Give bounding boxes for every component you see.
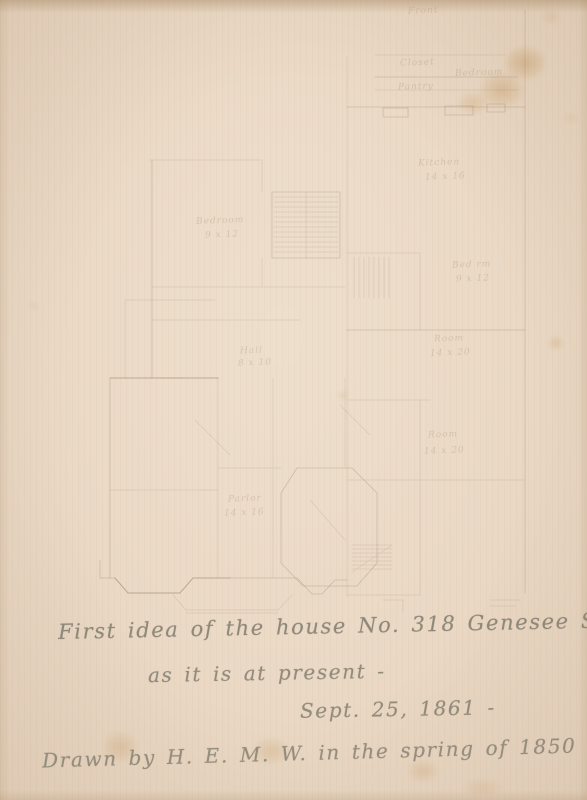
inscription-date: Sept. 25, 1861 - (300, 695, 496, 722)
plan-room-dimensions: 14 x 16 (425, 171, 466, 182)
plan-room-dimensions: 8 x 10 (238, 357, 272, 368)
plan-room-label: Hall (240, 346, 263, 357)
plan-room-label: Bedroom (196, 215, 245, 227)
plan-room-label: Room (434, 333, 464, 344)
scanned-drawing-sheet: Front Closet Bedroom Pantry Kitchen 14 x… (0, 0, 587, 800)
plan-room-label: Parlor (228, 493, 262, 504)
inscription-line-2: as it is at present - (148, 659, 386, 687)
plan-room-label: Bed rm (452, 259, 492, 270)
plan-room-label: Front (408, 5, 439, 16)
plan-room-dimensions: 9 x 12 (456, 273, 490, 284)
plan-room-label: Closet (400, 57, 435, 68)
plan-room-label: Pantry (398, 81, 434, 92)
plan-room-dimensions: 14 x 20 (424, 445, 465, 456)
plan-room-dimensions: 14 x 20 (430, 347, 471, 358)
plan-room-dimensions: 14 x 16 (224, 507, 265, 518)
plan-room-label: Room (428, 429, 458, 440)
plan-room-label: Bedroom (455, 67, 504, 79)
plan-room-label: Kitchen (418, 157, 461, 168)
plan-room-dimensions: 9 x 12 (205, 229, 239, 240)
